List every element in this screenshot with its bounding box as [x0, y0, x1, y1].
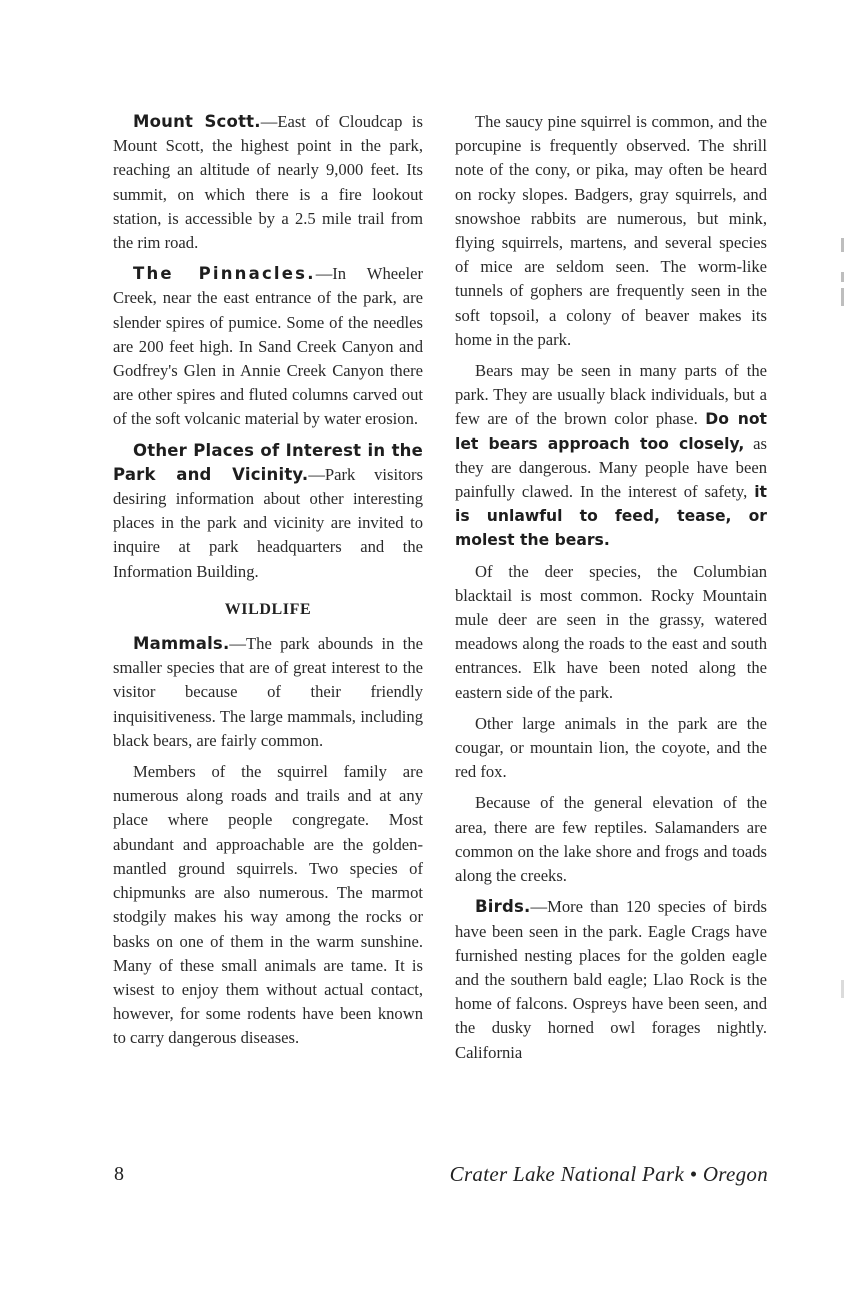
paragraph-birds: Birds.—More than 120 species of birds ha… [455, 895, 767, 1064]
heading-pinnacles: The Pinnacles. [133, 264, 316, 283]
running-title: Crater Lake National Park • Oregon [450, 1162, 768, 1187]
left-column: Mount Scott.—East of Cloudcap is Mount S… [113, 110, 423, 1058]
right-column: The saucy pine squirrel is common, and t… [455, 110, 767, 1072]
paragraph-bears: Bears may be seen in many parts of the p… [455, 359, 767, 553]
paragraph-squirrels: Members of the squirrel family are numer… [113, 760, 423, 1050]
scan-artifact-mark [841, 238, 844, 252]
scan-artifact-mark [841, 980, 844, 998]
paragraph-reptiles: Because of the general elevation of the … [455, 791, 767, 888]
paragraph-other-places: Other Places of Interest in the Park and… [113, 439, 423, 584]
paragraph-large-animals: Other large animals in the park are the … [455, 712, 767, 785]
scan-artifact-mark [841, 272, 844, 282]
scan-artifact-mark [841, 288, 844, 306]
section-title-wildlife: WILDLIFE [113, 598, 423, 622]
paragraph-pinnacles: The Pinnacles.—In Wheeler Creek, near th… [113, 262, 423, 431]
heading-birds: Birds. [475, 897, 530, 916]
paragraph-mount-scott: Mount Scott.—East of Cloudcap is Mount S… [113, 110, 423, 255]
paragraph-mammals: Mammals.—The park abounds in the smaller… [113, 632, 423, 753]
paragraph-deer: Of the deer species, the Columbian black… [455, 560, 767, 705]
page-number: 8 [114, 1163, 124, 1186]
heading-mammals: Mammals. [133, 634, 229, 653]
paragraph-small-mammals: The saucy pine squirrel is common, and t… [455, 110, 767, 352]
heading-mount-scott: Mount Scott. [133, 112, 261, 131]
